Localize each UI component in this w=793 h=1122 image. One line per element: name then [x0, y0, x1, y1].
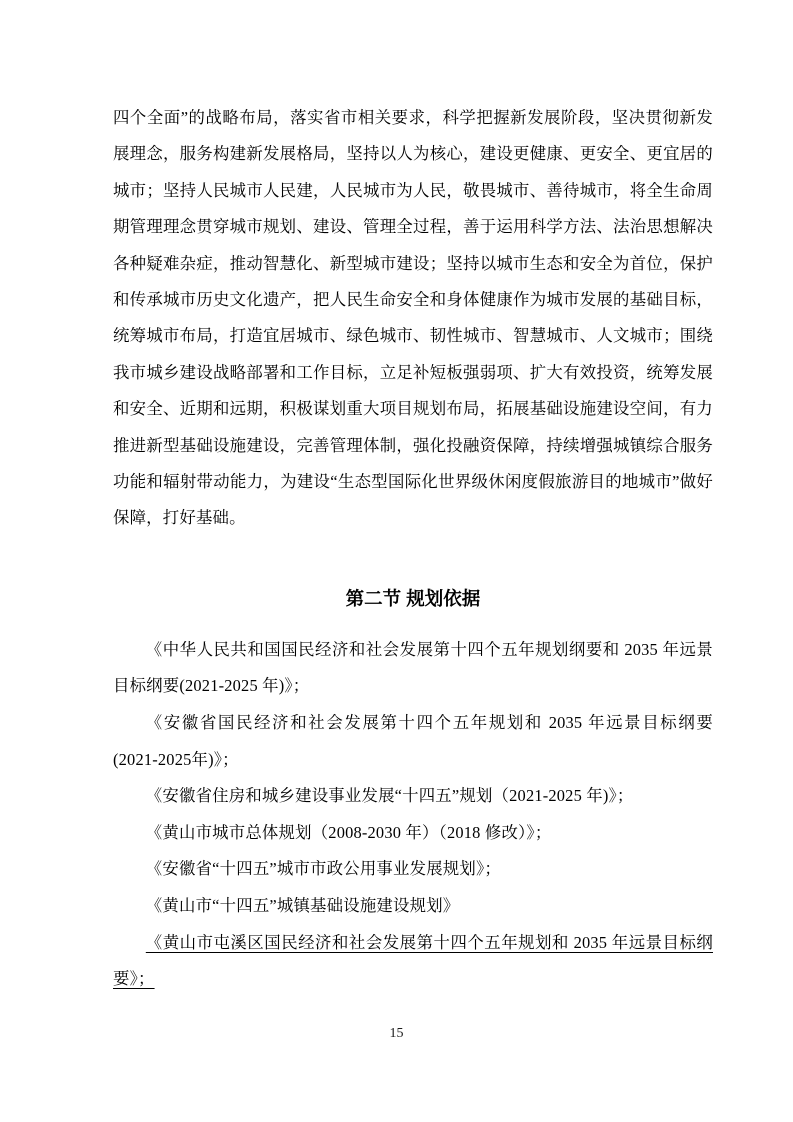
page-number: 15	[0, 1026, 793, 1042]
document-page: 四个全面”的战略布局，落实省市相关要求，科学把握新发展阶段，坚决贯彻新发展理念，…	[0, 0, 793, 1122]
section-heading: 第二节 规划依据	[113, 581, 713, 617]
reference-item: 《安徽省“十四五”城市市政公用事业发展规划》；	[113, 851, 713, 888]
body-paragraph: 四个全面”的战略布局，落实省市相关要求，科学把握新发展阶段，坚决贯彻新发展理念，…	[113, 100, 713, 537]
reference-item-underlined: 《黄山市屯溪区国民经济和社会发展第十四个五年规划和 2035 年远景目标纲要》；	[113, 925, 713, 998]
reference-item: 《安徽省国民经济和社会发展第十四个五年规划和 2035 年远景目标纲要(2021…	[113, 705, 713, 778]
reference-item: 《黄山市“十四五”城镇基础设施建设规划》	[113, 888, 713, 925]
reference-item: 《中华人民共和国国民经济和社会发展第十四个五年规划纲要和 2035 年远景目标纲…	[113, 632, 713, 705]
reference-item: 《黄山市城市总体规划（2008-2030 年）（2018 修改）》；	[113, 815, 713, 852]
page-content: 四个全面”的战略布局，落实省市相关要求，科学把握新发展阶段，坚决贯彻新发展理念，…	[113, 100, 713, 998]
reference-item: 《安徽省住房和城乡建设事业发展“十四五”规划（2021-2025 年)》；	[113, 778, 713, 815]
